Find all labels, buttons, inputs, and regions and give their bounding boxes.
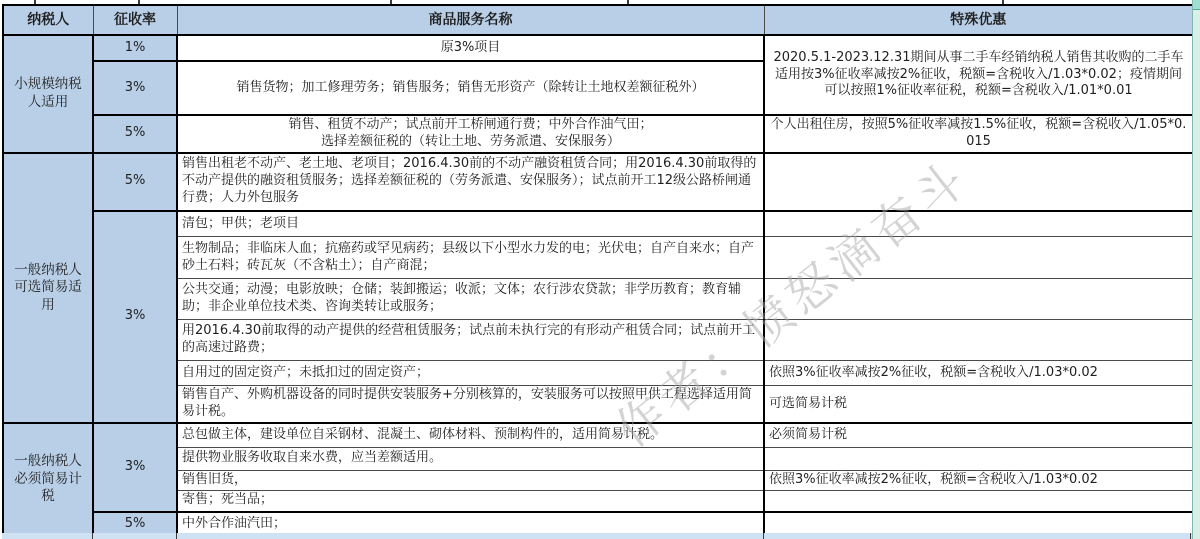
offer-cell[interactable]	[764, 211, 1193, 237]
table-row: 公共交通；动漫；电影放映；仓储；装卸搬运；收派；文体；农行涉农贷款；非学历教育；…	[3, 279, 1193, 320]
table-row: 一般纳税人可选简易适用 5% 销售出租老不动产、老土地、老项目；2016.4.3…	[3, 153, 1193, 211]
taxpayer-group-cell[interactable]: 一般纳税人可选简易适用	[3, 153, 93, 423]
goods-cell[interactable]: 清包；甲供；老项目	[177, 211, 764, 237]
goods-cell[interactable]: 销售旧货，	[177, 470, 764, 490]
cell-border-fragment	[1002, 0, 1004, 4]
table-row: 销售自产、外购机器设备的同时提供安装服务+分别核算的，安装服务可以按照甲供工程选…	[3, 386, 1193, 423]
goods-cell[interactable]: 销售出租老不动产、老土地、老项目；2016.4.30前的不动产融资租赁合同；用2…	[177, 153, 764, 211]
rate-cell[interactable]: 3%	[93, 423, 177, 512]
col-header-offer[interactable]: 特殊优惠	[764, 5, 1193, 35]
rate-cell[interactable]: 5%	[93, 115, 177, 153]
offer-cell[interactable]	[764, 153, 1193, 211]
table-row: 自用过的固定资产；未抵扣过的固定资产； 依照3%征收率减按2%征收，税额=含税收…	[3, 361, 1193, 386]
cell-border-fragment	[138, 0, 140, 4]
cell-border-fragment	[176, 533, 177, 539]
goods-cell[interactable]: 用2016.4.30前取得的动产提供的经营租赁服务；试点前未执行完的有形动产租赁…	[177, 320, 764, 361]
cell-border-fragment	[390, 0, 392, 4]
rate-cell[interactable]: 1%	[93, 35, 177, 61]
table-row: 一般纳税人必须简易计税 3% 总包做主体，建设单位自采钢材、混凝土、砌体材料、预…	[3, 423, 1193, 447]
table-row: 寄售；死当品；	[3, 490, 1193, 512]
offer-cell[interactable]	[764, 237, 1193, 279]
offer-cell[interactable]	[764, 279, 1193, 320]
table-row: 小规模纳税人适用 1% 原3%项目 2020.5.1-2023.12.31期间从…	[3, 35, 1193, 61]
rate-cell[interactable]: 3%	[93, 61, 177, 115]
goods-cell[interactable]: 提供物业服务收取自来水费，应当差额适用。	[177, 447, 764, 470]
scrollbar-cap	[1193, 0, 1200, 10]
offer-cell[interactable]	[764, 490, 1193, 512]
sheet-top-row-fragment	[0, 0, 1200, 4]
cell-border-fragment	[763, 533, 764, 539]
goods-cell[interactable]: 原3%项目	[177, 35, 764, 61]
col-header-rate[interactable]: 征收率	[93, 5, 177, 35]
goods-cell[interactable]: 销售货物；加工修理劳务；销售服务；销售无形资产（除转让土地权差额征税外）	[177, 61, 764, 115]
offer-cell[interactable]: 依照3%征收率减按2%征收，税额=含税收入/1.03*0.02	[764, 361, 1193, 386]
col-header-goods[interactable]: 商品服务名称	[177, 5, 764, 35]
taxpayer-group-cell[interactable]: 小规模纳税人适用	[3, 35, 93, 153]
table-row: 提供物业服务收取自来水费，应当差额适用。	[3, 447, 1193, 470]
offer-cell[interactable]: 依照3%征收率减按2%征收，税额=含税收入/1.03*0.02	[764, 470, 1193, 490]
cell-border-fragment	[92, 533, 93, 539]
offer-cell[interactable]: 可选简易计税	[764, 386, 1193, 423]
rate-cell[interactable]: 5%	[93, 153, 177, 211]
goods-cell[interactable]: 总包做主体，建设单位自采钢材、混凝土、砌体材料、预制构件的，适用简易计税。	[177, 423, 764, 447]
cell-border-fragment	[1190, 533, 1191, 539]
table-row: 5% 销售、租赁不动产；试点前开工桥闸通行费；中外合作油气田； 选择差额征税的（…	[3, 115, 1193, 153]
goods-cell[interactable]: 自用过的固定资产；未抵扣过的固定资产；	[177, 361, 764, 386]
table-row: 用2016.4.30前取得的动产提供的经营租赁服务；试点前未执行完的有形动产租赁…	[3, 320, 1193, 361]
offer-cell[interactable]: 必须简易计税	[764, 423, 1193, 447]
col-header-taxpayer[interactable]: 纳税人	[3, 5, 93, 35]
offer-cell[interactable]: 个人出租住房，按照5%征收率减按1.5%征收，税额=含税收入/1.05*0.01…	[764, 115, 1193, 153]
cell-border-fragment	[627, 0, 629, 4]
sheet-right-edge[interactable]	[1192, 0, 1200, 539]
tax-rate-table: 纳税人 征收率 商品服务名称 特殊优惠 小规模纳税人适用 1% 原3%项目 20…	[2, 4, 1194, 537]
rate-cell[interactable]: 3%	[93, 211, 177, 423]
offer-cell[interactable]	[764, 320, 1193, 361]
offer-cell[interactable]	[764, 447, 1193, 470]
goods-cell[interactable]: 销售、租赁不动产；试点前开工桥闸通行费；中外合作油气田； 选择差额征税的（转让土…	[177, 115, 764, 153]
goods-cell[interactable]: 生物制品；非临床人血；抗癌药或罕见病药；县级以下小型水力发的电；光伏电；自产自来…	[177, 237, 764, 279]
goods-cell[interactable]: 销售自产、外购机器设备的同时提供安装服务+分别核算的，安装服务可以按照甲供工程选…	[177, 386, 764, 423]
offer-cell[interactable]: 2020.5.1-2023.12.31期间从事二手车经销纳税人销售其收购的二手车…	[764, 35, 1193, 115]
table-row: 销售旧货， 依照3%征收率减按2%征收，税额=含税收入/1.03*0.02	[3, 470, 1193, 490]
taxpayer-group-cell[interactable]: 一般纳税人必须简易计税	[3, 423, 93, 536]
sheet-next-row-fragment	[2, 533, 1192, 539]
header-row: 纳税人 征收率 商品服务名称 特殊优惠	[3, 5, 1193, 35]
goods-cell[interactable]: 公共交通；动漫；电影放映；仓储；装卸搬运；收派；文体；农行涉农贷款；非学历教育；…	[177, 279, 764, 320]
cell-border-fragment	[34, 0, 36, 4]
goods-cell[interactable]: 寄售；死当品；	[177, 490, 764, 512]
table-row: 生物制品；非临床人血；抗癌药或罕见病药；县级以下小型水力发的电；光伏电；自产自来…	[3, 237, 1193, 279]
table-row: 3% 清包；甲供；老项目	[3, 211, 1193, 237]
